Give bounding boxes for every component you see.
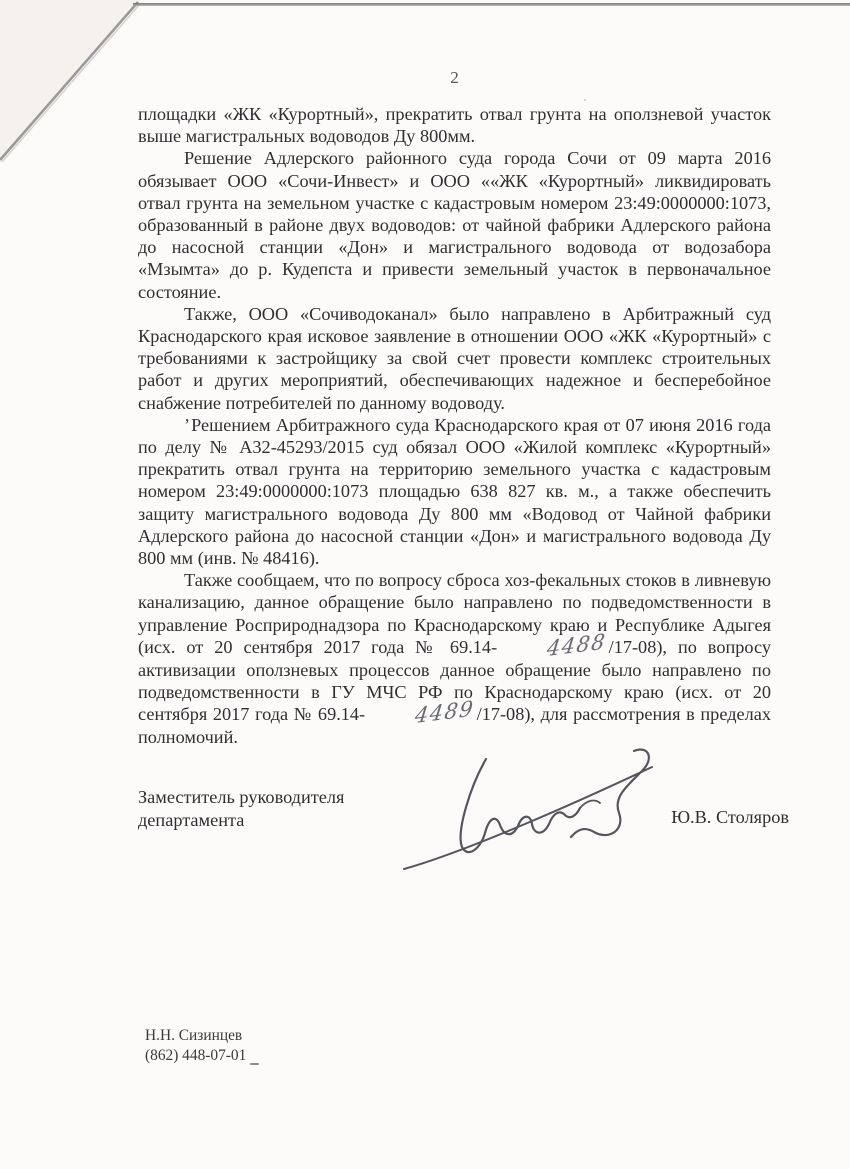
signatory-role-line1: Заместитель руководителя — [138, 786, 344, 809]
paragraph-arbitration-decision: ’Решением Арбитражного суда Краснодарско… — [138, 414, 771, 569]
scanned-letter-page: 2 площадки «ЖК «Курортный», прекратить о… — [0, 0, 850, 1169]
executor-name: Н.Н. Сизинцев — [145, 1026, 246, 1046]
handwritten-outgoing-number: 4489 — [368, 699, 475, 733]
signatory-name: Ю.В. Столяров — [671, 806, 789, 829]
page-number: 2 — [138, 68, 771, 88]
signatory-role-line2: департамента — [138, 809, 344, 832]
executor-block: Н.Н. Сизинцев (862) 448-07-01 — [145, 1026, 246, 1066]
letter-body: площадки «ЖК «Курортный», прекратить отв… — [138, 103, 771, 748]
scan-speck — [584, 99, 586, 101]
paragraph-text: Решением Арбитражного суда Краснодарског… — [138, 415, 771, 568]
signature-scribble — [398, 743, 666, 885]
scan-edge-line — [133, 3, 850, 6]
paragraph-court-decision: Решение Адлерского районного суда города… — [138, 147, 771, 302]
ink-tick-mark: ’ — [184, 415, 190, 435]
paragraph-continuation: площадки «ЖК «Курортный», прекратить отв… — [138, 103, 771, 147]
scan-dash-mark — [250, 1063, 259, 1065]
paragraph-lawsuit: Также, ООО «Сочиводоканал» было направле… — [138, 303, 771, 414]
signatory-role: Заместитель руководителя департамента — [138, 786, 344, 831]
fold-crease-line — [0, 0, 145, 168]
paragraph-forwarding: Также сообщаем, что по вопросу сброса хо… — [138, 569, 771, 748]
executor-phone: (862) 448-07-01 — [145, 1046, 246, 1066]
